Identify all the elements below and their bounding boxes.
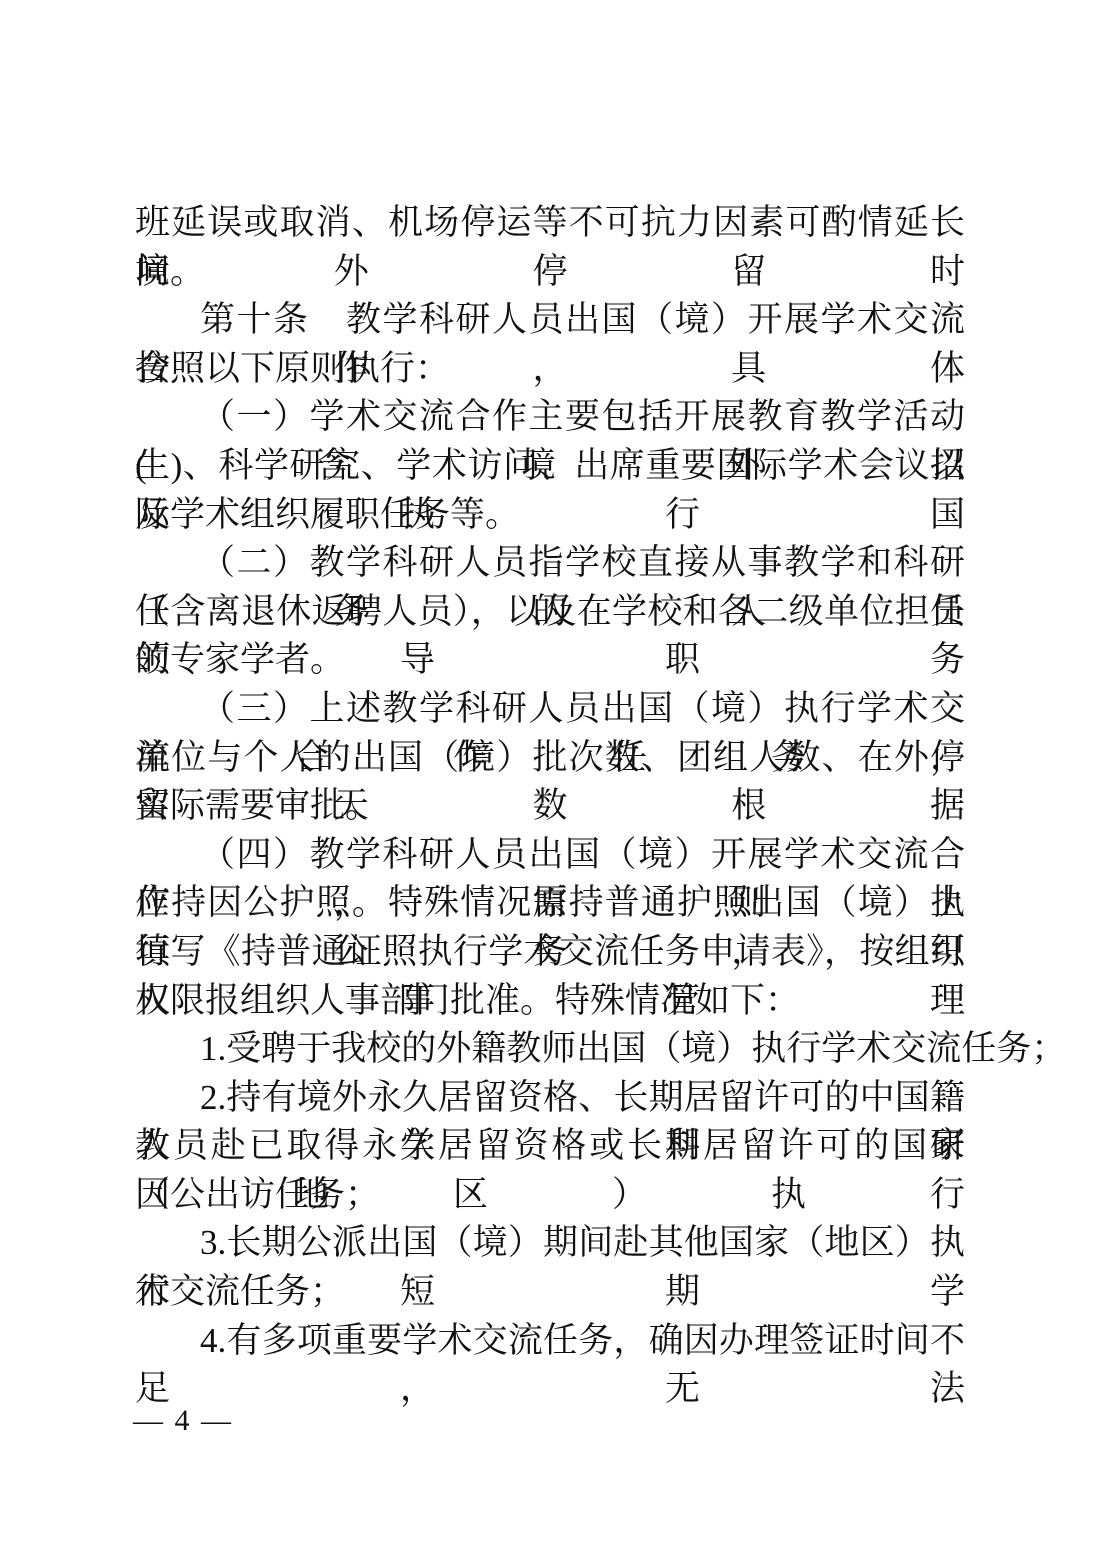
document-page: 班延误或取消、机场停运等不可抗力因素可酌情延长境外停留时 间。 第十条 教学科研… <box>0 0 1102 1559</box>
doc-line-case-2: 2.持有境外永久居留资格、长期居留许可的中国籍教学科研 <box>135 1074 965 1123</box>
doc-line: 人员赴已取得永久居留资格或长期居留许可的国家（地区）执行 <box>135 1122 965 1171</box>
doc-line: 生)、科学研究、学术访问、出席重要国际学术会议以及执行国 <box>135 442 965 491</box>
doc-line: 填写《持普通证照执行学术交流任务申请表》，按组织人事管理 <box>135 928 965 977</box>
doc-line-item-1: （一）学术交流合作主要包括开展教育教学活动 (含境外招 <box>135 393 965 442</box>
doc-line: 单位与个人的出国（境）批次数、团组人数、在外停留天数根据 <box>135 734 965 783</box>
doc-line: 应持因公护照。特殊情况需持普通护照出国（境）执行公务，可 <box>135 879 965 928</box>
page-number: — 4 — <box>133 1403 233 1439</box>
doc-line-item-3: （三）上述教学科研人员出国（境）执行学术交流合作任务， <box>135 685 965 734</box>
doc-line: （含离退休返聘人员），以及在学校和各二级单位担任领导职务 <box>135 588 965 637</box>
doc-line: 班延误或取消、机场停运等不可抗力因素可酌情延长境外停留时 <box>135 199 965 248</box>
doc-line-item-2: （二）教学科研人员指学校直接从事教学和科研任务的人员 <box>135 539 965 588</box>
doc-line-case-1: 1.受聘于我校的外籍教师出国（境）执行学术交流任务； <box>135 1025 965 1074</box>
doc-line-item-4: （四）教学科研人员出国（境）开展学术交流合作，原则上 <box>135 831 965 880</box>
doc-line-case-4: 4.有多项重要学术交流任务，确因办理签证时间不足，无法 <box>135 1317 965 1366</box>
document-body: 班延误或取消、机场停运等不可抗力因素可酌情延长境外停留时 间。 第十条 教学科研… <box>135 199 965 1365</box>
doc-line-article-10: 第十条 教学科研人员出国（境）开展学术交流合作，具体 <box>135 296 965 345</box>
doc-line-case-3: 3.长期公派出国（境）期间赴其他国家（地区）执行短期学 <box>135 1219 965 1268</box>
